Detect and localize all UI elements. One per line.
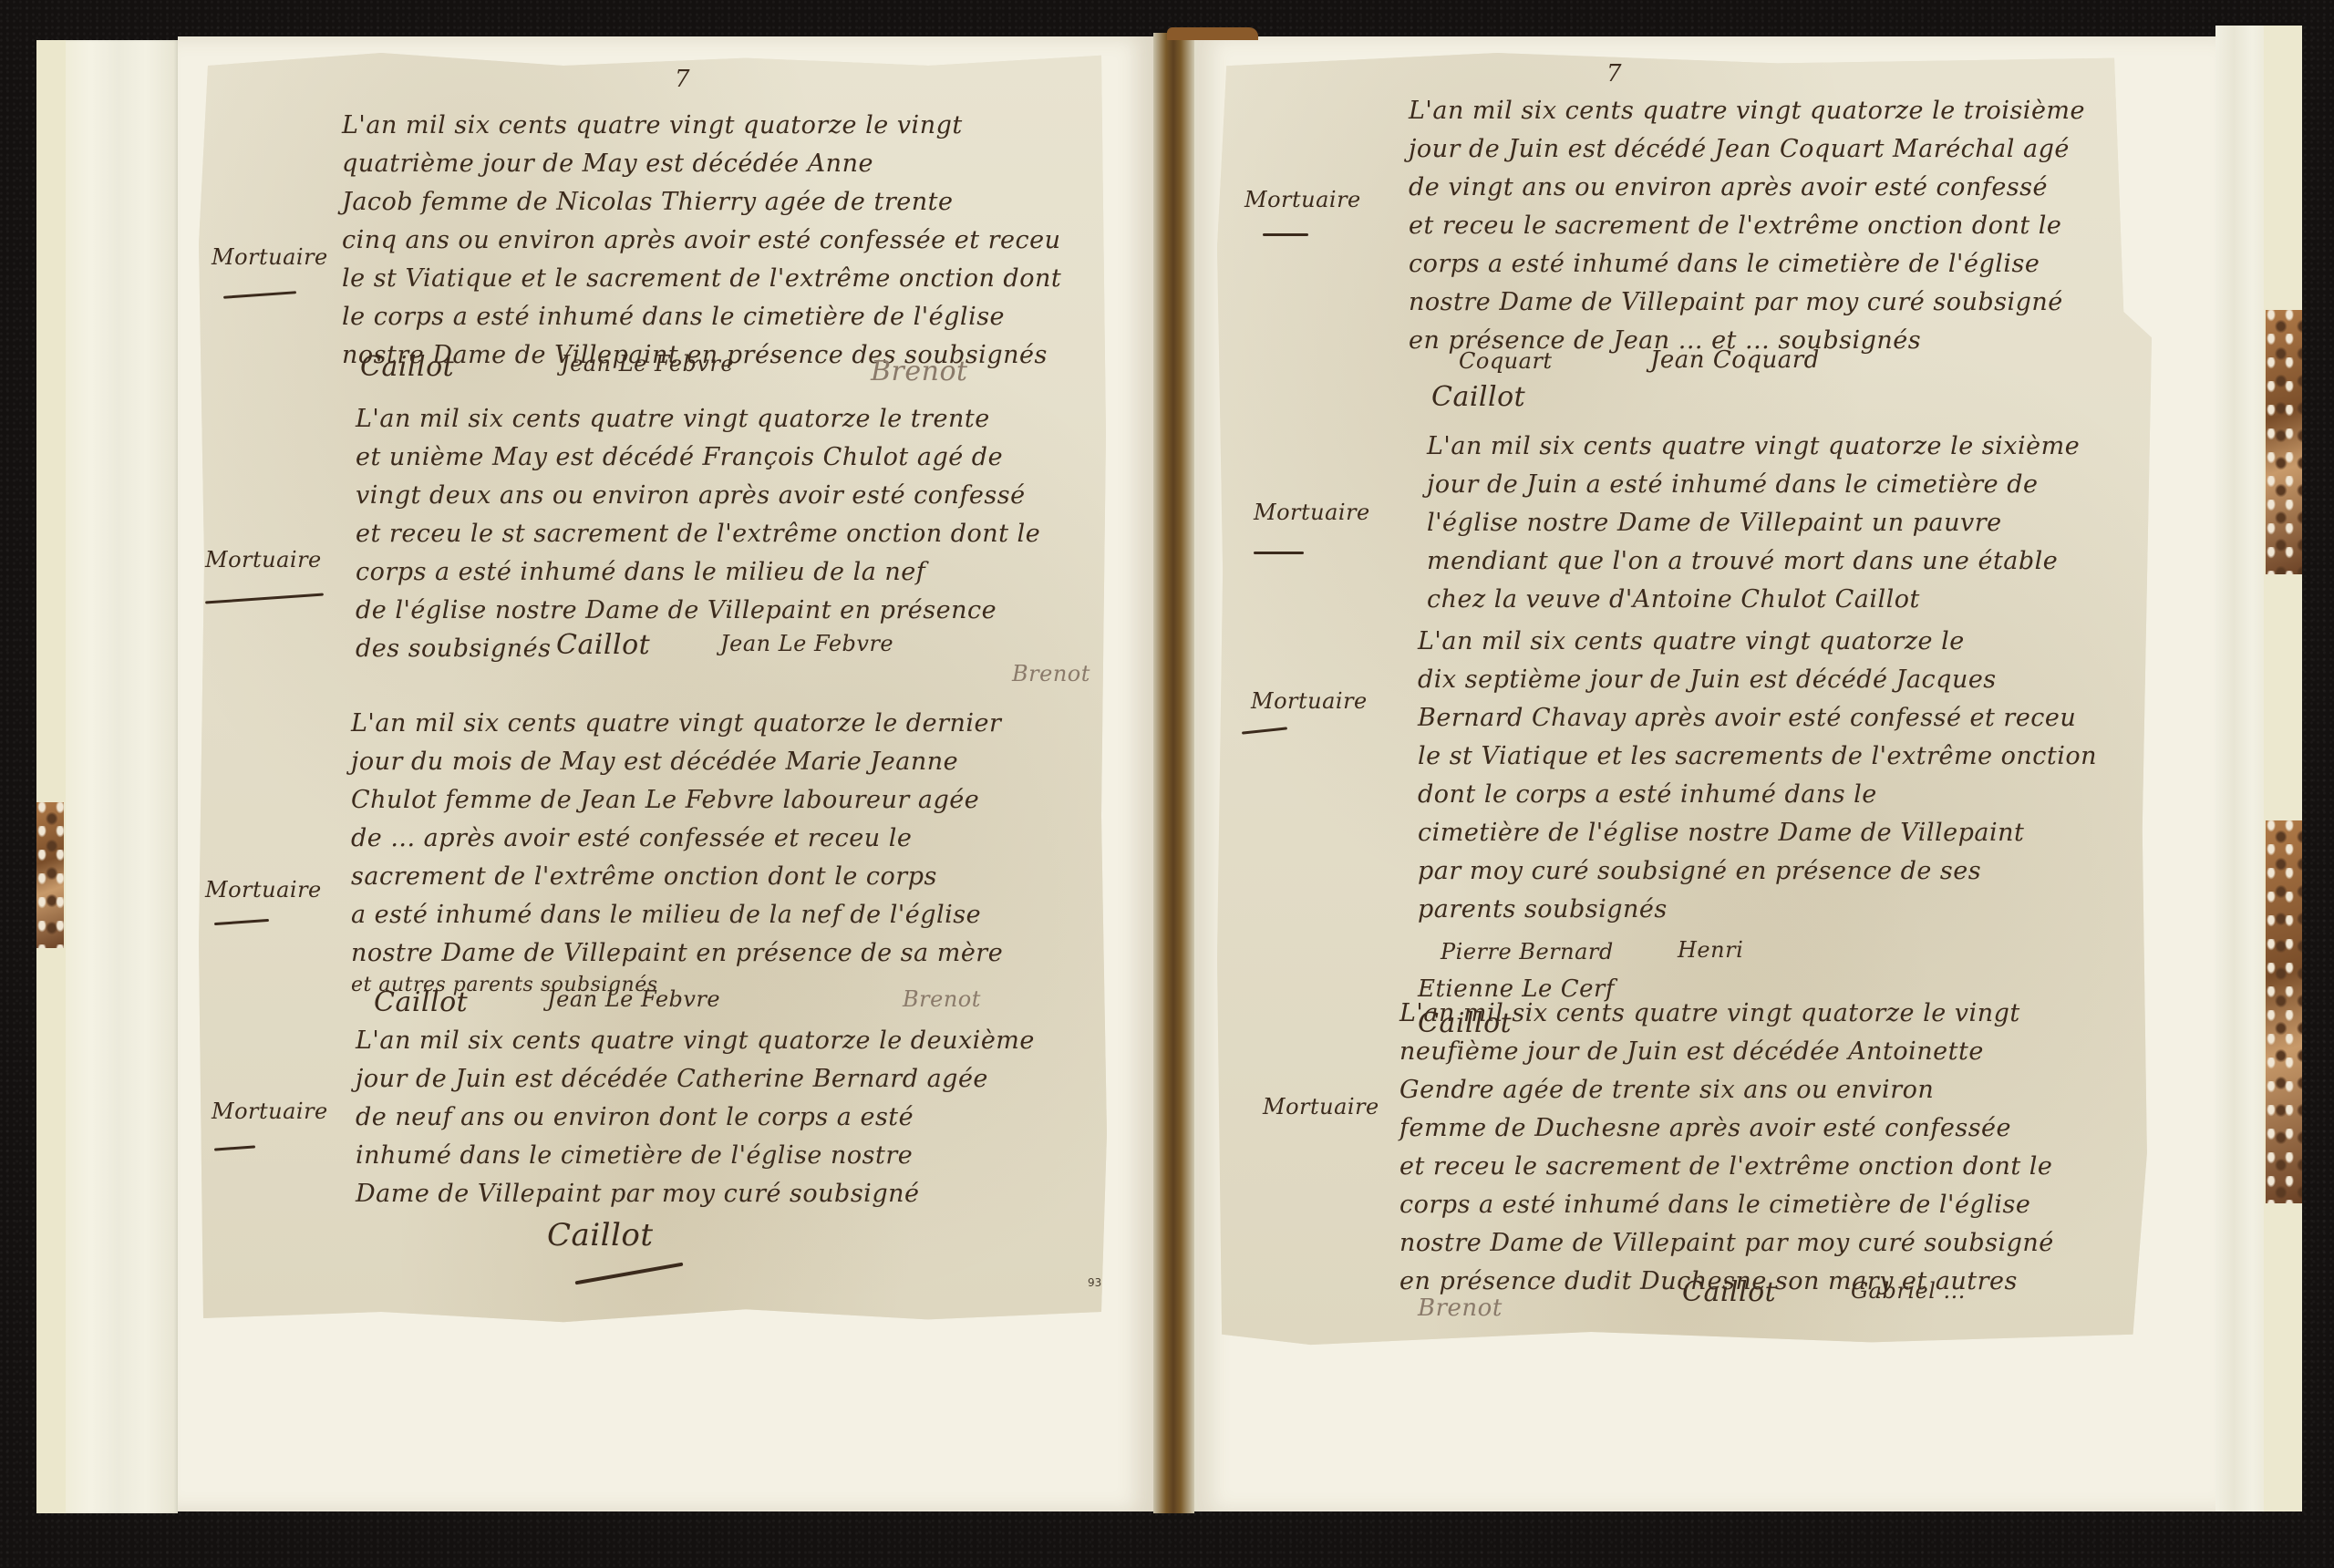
handwritten-line: le st Viatique et les sacrements de l'ex… xyxy=(1418,744,2097,769)
handwritten-line: nostre Dame de Villepaint en présence de… xyxy=(351,941,1003,965)
handwritten-line: neufième jour de Juin est décédée Antoin… xyxy=(1399,1039,1984,1064)
signature: Gabriel ... xyxy=(1851,1278,1966,1304)
handwritten-line: vingt deux ans ou environ après avoir es… xyxy=(356,483,1026,508)
handwritten-line: le corps a esté inhumé dans le cimetière… xyxy=(342,304,1005,329)
handwritten-line: sacrement de l'extrême onction dont le c… xyxy=(351,864,937,889)
signature: Jean Le Febvre xyxy=(547,986,720,1012)
signature: Caillot xyxy=(1682,1276,1776,1308)
handwritten-line: nostre Dame de Villepaint par moy curé s… xyxy=(1409,290,2063,315)
signature: Jean Coquard xyxy=(1650,346,1820,374)
signature: Pierre Bernard xyxy=(1441,939,1614,965)
handwritten-line: corps a esté inhumé dans le cimetière de… xyxy=(1409,252,2040,276)
handwritten-line: L'an mil six cents quatre vingt quatorze… xyxy=(1399,1001,2020,1026)
handwritten-line: et receu le st sacrement de l'extrême on… xyxy=(356,521,1040,546)
handwritten-line: L'an mil six cents quatre vingt quatorze… xyxy=(351,711,1001,736)
right-page-block-edge xyxy=(2215,26,2302,1511)
handwritten-line: de ... après avoir esté confessée et rec… xyxy=(351,826,912,851)
handwritten-line: L'an mil six cents quatre vingt quatorze… xyxy=(1427,434,2080,459)
signature: Caillot xyxy=(360,351,454,383)
margin-rule xyxy=(1254,552,1304,554)
handwritten-line: Chulot femme de Jean Le Febvre laboureur… xyxy=(351,788,979,812)
handwritten-line: mendiant que l'on a trouvé mort dans une… xyxy=(1427,549,2058,573)
signature: Caillot xyxy=(1431,381,1525,413)
handwritten-line: et receu le sacrement de l'extrême oncti… xyxy=(1409,213,2061,238)
handwritten-line: L'an mil six cents quatre vingt quatorze… xyxy=(1409,98,2085,123)
marbled-cover-edge xyxy=(2266,820,2302,1203)
handwritten-line: chez la veuve d'Antoine Chulot Caillot xyxy=(1427,587,1920,612)
handwritten-line: Dame de Villepaint par moy curé soubsign… xyxy=(356,1181,919,1206)
handwritten-line: cinq ans ou environ après avoir esté con… xyxy=(342,228,1061,253)
handwritten-line: Gendre agée de trente six ans ou environ xyxy=(1399,1078,1934,1102)
margin-rule xyxy=(1263,233,1308,236)
handwritten-line: de neuf ans ou environ dont le corps a e… xyxy=(356,1105,914,1130)
handwritten-line: quatrième jour de May est décédée Anne xyxy=(342,151,873,176)
margin-note: Mortuaire xyxy=(212,244,328,270)
margin-note: Mortuaire xyxy=(205,547,322,573)
signature: Jean Le Febvre xyxy=(720,631,893,656)
handwritten-line: L'an mil six cents quatre vingt quatorze… xyxy=(356,1028,1035,1053)
handwritten-line: L'an mil six cents quatre vingt quatorze… xyxy=(1418,629,1965,654)
handwritten-line: Bernard Chavay après avoir esté confessé… xyxy=(1418,706,2076,730)
page-mark: 7 xyxy=(675,66,690,93)
handwritten-line: jour de Juin est décédée Catherine Berna… xyxy=(356,1067,988,1091)
margin-note: Mortuaire xyxy=(205,877,322,903)
handwritten-line: nostre Dame de Villepaint par moy curé s… xyxy=(1399,1231,2054,1255)
handwritten-line: de vingt ans ou environ après avoir esté… xyxy=(1409,175,2048,200)
signature: Caillot xyxy=(547,1217,654,1253)
marbled-cover-edge xyxy=(2266,310,2302,574)
signature: Henri xyxy=(1678,937,1743,963)
headband xyxy=(1167,27,1258,40)
signature: Brenot xyxy=(871,356,968,387)
handwritten-line: le st Viatique et le sacrement de l'extr… xyxy=(342,266,1061,291)
handwritten-line: jour du mois de May est décédée Marie Je… xyxy=(351,749,958,774)
handwritten-line: inhumé dans le cimetière de l'église nos… xyxy=(356,1143,913,1168)
marbled-cover-edge xyxy=(36,802,64,948)
margin-note: Mortuaire xyxy=(1263,1094,1379,1119)
handwritten-line: a esté inhumé dans le milieu de la nef d… xyxy=(351,903,981,927)
handwritten-line: corps a esté inhumé dans le milieu de la… xyxy=(356,560,925,584)
signature: Caillot xyxy=(374,986,468,1018)
handwritten-line: femme de Duchesne après avoir esté confe… xyxy=(1399,1116,2011,1140)
page-mark: 7 xyxy=(1606,60,1622,88)
handwritten-line: cimetière de l'église nostre Dame de Vil… xyxy=(1418,820,2024,845)
signature: Brenot xyxy=(1418,1295,1503,1322)
book-gutter xyxy=(1153,33,1194,1513)
handwritten-line: par moy curé soubsigné en présence de se… xyxy=(1418,859,1981,883)
handwritten-line: L'an mil six cents quatre vingt quatorze… xyxy=(342,113,963,138)
handwritten-line: jour de Juin a esté inhumé dans le cimet… xyxy=(1427,472,2039,497)
left-page-block-edge xyxy=(36,40,178,1513)
signature: Brenot xyxy=(903,986,981,1012)
handwritten-line: corps a esté inhumé dans le cimetière de… xyxy=(1399,1192,2030,1217)
handwritten-line: parents soubsignés xyxy=(1418,897,1668,922)
handwritten-line: Jacob femme de Nicolas Thierry agée de t… xyxy=(342,190,953,214)
handwritten-line: l'église nostre Dame de Villepaint un pa… xyxy=(1427,511,2002,535)
handwritten-line: jour de Juin est décédé Jean Coquart Mar… xyxy=(1409,137,2070,161)
handwritten-line: et receu le sacrement de l'extrême oncti… xyxy=(1399,1154,2052,1179)
handwritten-line: dont le corps a esté inhumé dans le xyxy=(1418,782,1877,807)
signature: Brenot xyxy=(1012,661,1090,686)
handwritten-line: de l'église nostre Dame de Villepaint en… xyxy=(356,598,997,623)
handwritten-line: L'an mil six cents quatre vingt quatorze… xyxy=(356,407,990,431)
margin-note: Mortuaire xyxy=(1254,500,1370,525)
handwritten-line: et unième May est décédé François Chulot… xyxy=(356,445,1003,469)
folio-number: 93 xyxy=(1088,1276,1101,1289)
signature: Caillot xyxy=(556,629,650,661)
margin-note: Mortuaire xyxy=(212,1099,328,1124)
margin-note: Mortuaire xyxy=(1251,688,1368,714)
signature: Jean Le Febvre xyxy=(561,351,734,377)
handwritten-line: des soubsignés xyxy=(356,636,551,661)
handwritten-line: dix septième jour de Juin est décédé Jac… xyxy=(1418,667,1997,692)
margin-note: Mortuaire xyxy=(1244,187,1361,212)
signature: Coquart xyxy=(1459,348,1553,374)
